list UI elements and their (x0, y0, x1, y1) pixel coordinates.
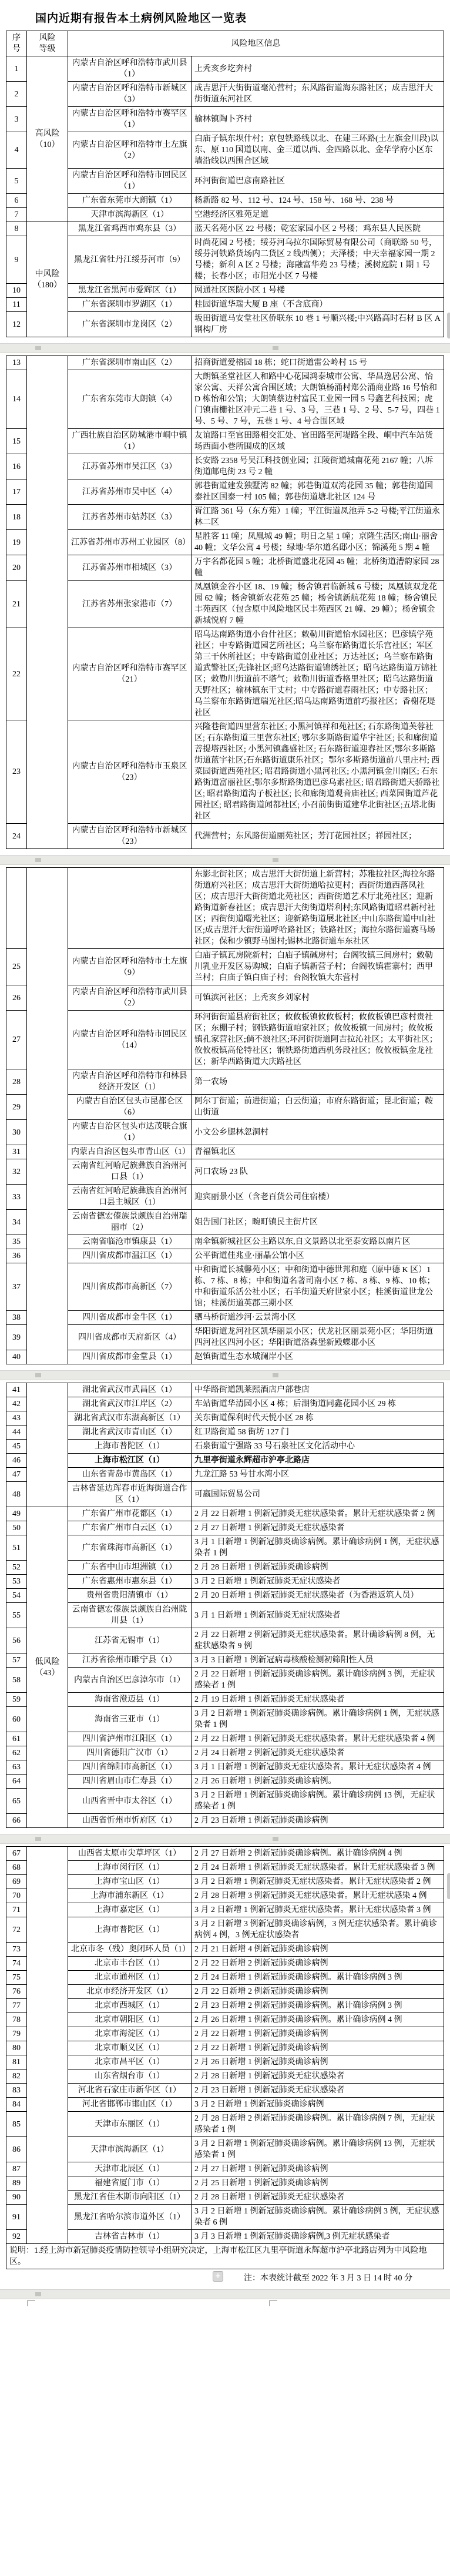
row-number: 60 (6, 1707, 27, 1732)
region-name: 上海市普陀区（1） (68, 1917, 192, 1943)
table-row: 24内蒙古自治区呼和浩特市新城区（23）代洲营村；东风路街道丽苑社区；芳汀花园社… (6, 824, 444, 849)
table-row: 58内蒙古自治区巴彦淖尔市（1）2 月 22 日新增 1 例新冠肺炎确诊病例。累… (6, 1668, 444, 1693)
risk-area-detail: 2 月 27 日新增 2 例新冠肺炎确诊病例。累计确诊病例 4 例 (192, 1847, 444, 1861)
region-name: 贵州省贵阳清镇市（1） (68, 1589, 192, 1603)
table-row: 25内蒙古自治区呼和浩特市土左旗（9）白庙子镇瓦房院新村；白庙子镇碱房村；台阁牧… (6, 949, 444, 985)
region-name: 云南省临沧市镇康县（1） (68, 1235, 192, 1249)
table-row: 41湖北省武汉市武昌区（1）中华路街道凯莱熙酒店户部巷店 (6, 1383, 444, 1397)
row-number: 83 (6, 2084, 27, 2098)
region-name: 内蒙古自治区呼和浩特市土左旗（9） (68, 949, 192, 985)
region-name: 内蒙古自治区呼和浩特市玉泉区（23） (68, 720, 192, 824)
row-number: 43 (6, 1411, 27, 1425)
risk-area-detail: 九龙江路 53 号甘水湾小区 (192, 1468, 444, 1482)
table-row: 32云南省红河哈尼族彝族自治州河口县（1）河口农场 23 队 (6, 1159, 444, 1185)
row-number: 26 (6, 985, 27, 1011)
risk-area-detail: 胥江路 361 号（东方苑）1 幢；平江街道凤池弄 5-2 号楼;平江街道永林二… (192, 505, 444, 530)
table-row: 92吉林省吉林市（1）3 月 3 日新增 1 例新冠肺炎确诊病例,3 例无症状感… (6, 2230, 444, 2244)
row-number: 79 (6, 2027, 27, 2041)
risk-area-detail: 代洲营村；东风路街道丽苑社区；芳汀花园社区；祥园社区； (192, 824, 444, 849)
region-name: 黑龙江省鸡西市鸡东县（3） (68, 222, 192, 236)
table-row: 29内蒙古自治区包头市昆都仑区（6）阿尔丁街道；前进街道；白云街道；市府东路街道… (6, 1095, 444, 1120)
row-number: 64 (6, 1775, 27, 1789)
risk-area-detail: 2 月 23 日新增 1 例新冠肺炎确诊病例 (192, 1814, 444, 1828)
row-number: 51 (6, 1535, 27, 1561)
page-corner-mark (35, 1837, 41, 1841)
table-row: 14广东省东莞市大朗镇（4）大朗镇圣堂社区人和路中心花园鸿泰城市公寓、华昌逸居公… (6, 370, 444, 429)
row-number: 52 (6, 1561, 27, 1575)
page-break-gap[interactable] (0, 2289, 450, 2299)
row-number: 58 (6, 1668, 27, 1693)
row-number: 37 (6, 1263, 27, 1311)
region-name: 江苏省苏州市苏州工业园区（8） (68, 530, 192, 555)
table-row: 62四川省德阳广汉市（1）2 月 24 日新增 2 例新冠肺炎无症状感染者 (6, 1746, 444, 1760)
table-row: 26内蒙古自治区呼和浩特市武川县（2）可镇滨河社区；上秃亥乡刘家村 (6, 985, 444, 1011)
table-row: 66山西省忻州市忻府区（1）2 月 23 日新增 1 例新冠肺炎确诊病例 (6, 1814, 444, 1828)
table-row: 82山东省烟台市（1）2 月 28 日新增 1 例新冠肺炎无症状感染者 (6, 2069, 444, 2084)
region-name: 广东省惠州市惠东县（1） (68, 1575, 192, 1589)
risk-level-cell (27, 356, 68, 849)
region-name: 内蒙古自治区呼和浩特市新城区（23） (68, 824, 192, 849)
table-row: 20江苏省苏州市相城区（3）万宇名都花园 5 幢；北桥街道盛北花园 45 幢；北… (6, 555, 444, 581)
risk-level-cell (27, 1383, 68, 1507)
region-name: 天津市滨海新区（1） (68, 208, 192, 222)
page-corner-mark (35, 2292, 41, 2296)
region-name: 北京市经济开发区（1） (68, 1985, 192, 1999)
page-corner-mark (35, 346, 41, 350)
row-number: 45 (6, 1440, 27, 1454)
table-row: 35云南省临沧市镇康县（1）南伞镇新城社区公主路以东,自文景路以北至泰安路以南片… (6, 1235, 444, 1249)
page-break-gap[interactable] (0, 1370, 450, 1380)
table-row: 60海南省三亚市（1）3 月 2 日新增 1 例新冠肺炎确诊病例。累计确诊病例 … (6, 1707, 444, 1732)
region-name: 四川省成都市高新区（7） (68, 1263, 192, 1311)
risk-area-detail: 3 月 2 日新增 1 例新冠肺炎确诊病例。累计确诊病例 13 例，无症状感染者… (192, 1789, 444, 1814)
row-number: 87 (6, 2162, 27, 2176)
region-name: 天津市东丽区（1） (68, 2112, 192, 2137)
row-number: 69 (6, 1875, 27, 1889)
risk-area-detail: 3 月 2 日新增 1 例新冠肺炎无症状感染者。累计无症状感染者 2 例 (192, 1875, 444, 1889)
risk-area-detail: 环河街街道县府街社区；攸攸板镇攸攸板村；攸攸板镇巴彦村贵社区；东棚子村；钢铁路街… (192, 1011, 444, 1069)
table-row: 13广东省深圳市南山区（2）招商街道爱榕园 18 栋；蛇口街道雷公岭村 15 号 (6, 356, 444, 370)
risk-area-detail: 凤凰镇金谷小区 18、19 幢；杨舍镇君临新城 6 号楼；凤凰镇双龙花园 62 … (192, 581, 444, 628)
row-number: 85 (6, 2112, 27, 2137)
row-number: 10 (6, 284, 27, 298)
risk-area-detail: 2 月 28 日新增 1 例新冠肺炎确诊病例 (192, 1561, 444, 1575)
table-row: 84河北省邯郸市邯山区（1）3 月 2 日新增 1 例新冠肺炎确诊病例 (6, 2098, 444, 2112)
page-title: 国内近期有报告本土病例风险地区一览表 (35, 9, 450, 25)
row-number: 90 (6, 2191, 27, 2205)
risk-area-detail: 可嬴国际贸易公司 (192, 1482, 444, 1507)
risk-area-detail: 环河街街道巴彦南路社区 (192, 169, 444, 194)
risk-area-detail: 上秃亥乡圪奔村 (192, 56, 444, 82)
note-row: 说明：1.经上海市新冠肺炎疫情防控领导小组研究决定，上海市松江区九里亭街道永辉超… (6, 2244, 444, 2269)
stats-cutoff-text: 注：本表统计截至 2022 年 3 月 3 日 14 时 40 分 (244, 2274, 412, 2283)
row-number: 28 (6, 1069, 27, 1095)
table-row: 55云南省德宏傣族景颇族自治州陇川县（1）3 月 1 日新增 1 例新冠肺炎无症… (6, 1603, 444, 1628)
region-name: 北京市昌平区（1） (68, 2055, 192, 2069)
table-row: 27内蒙古自治区呼和浩特市回民区（14）环河街街道县府街社区；攸攸板镇攸攸板村；… (6, 1011, 444, 1069)
row-number: 65 (6, 1789, 27, 1814)
region-name: 江苏省苏州市姑苏区（3） (68, 505, 192, 530)
table-row: 40四川省成都市金堂县（1）赵镇街道生态水城澜岸小区 (6, 1350, 444, 1364)
region-name: 上海市浦东新区（1） (68, 1889, 192, 1903)
risk-area-detail: 石泉街道宁强路 33 号石泉社区文化活动中心 (192, 1440, 444, 1454)
table-row: 74北京市丰台区（1）2 月 22 日新增 2 例新冠肺炎确诊病例 (6, 1957, 444, 1971)
risk-area-detail: 2 月 21 日新增 4 例新冠肺炎确诊病例 (192, 1943, 444, 1957)
risk-area-detail: 时尚花园 2 号楼；绥芬河乌拉尔国际贸易有限公司（商联路 50 号，绥芬河铁路货… (192, 236, 444, 284)
risk-area-detail: 2 月 26 日新增 1 例新冠肺炎确诊病例 (192, 2055, 444, 2069)
table-row: 70上海市浦东新区（1）2 月 28 日新增 3 例新冠肺炎无症状感染者。累计无… (6, 1889, 444, 1903)
row-number: 18 (6, 505, 27, 530)
risk-area-detail: 蓝天名苑小区 22 号楼；乾宏家园小区 2 号楼；鸡东县人民医院 (192, 222, 444, 236)
row-number: 71 (6, 1903, 27, 1917)
scrollbar-thumb[interactable] (447, 313, 450, 338)
risk-table-page-2: 13广东省深圳市南山区（2）招商街道爱榕园 18 栋；蛇口街道雷公岭村 15 号… (6, 355, 450, 849)
row-number: 36 (6, 1249, 27, 1263)
row-number: 32 (6, 1159, 27, 1185)
region-name: 山西省忻州市忻府区（1） (68, 1814, 192, 1828)
table-row: 65山西省晋中市太谷区（1）3 月 2 日新增 1 例新冠肺炎确诊病例。累计确诊… (6, 1789, 444, 1814)
risk-area-detail: 3 月 1 日新增 1 例新冠肺炎确诊病例。累计确诊病例 1 例，无症状感染者 … (192, 1535, 444, 1561)
region-name: 内蒙古自治区呼和浩特市土左旗（2） (68, 132, 192, 169)
row-number: 35 (6, 1235, 27, 1249)
table-row: 42湖北省武汉市江岸区（2）车站街道华清园小区 4 栋；后湖街道同鑫花园小区 2… (6, 1397, 444, 1411)
table-row: 46上海市松江区（1）九里亭街道永辉超市沪亭北路店 (6, 1454, 444, 1468)
table-row: 44湖北省武汉市青山区（1）红卫路街道 58 街坊 127 门 (6, 1425, 444, 1440)
region-name: 四川省德阳广汉市（1） (68, 1746, 192, 1760)
risk-table-page-3: 东影北街社区；成吉思汗大街街道上新营村；苏雅拉社区;海拉尔路街道府兴社区；成吉思… (6, 867, 450, 1364)
table-row: 64四川省眉山市仁寿县（1）2 月 26 日新增 1 例新冠肺炎确诊病例。 (6, 1775, 444, 1789)
region-name: 内蒙古自治区呼和浩特市和林县经济开发区（1） (68, 1069, 192, 1095)
row-number: 57 (6, 1653, 27, 1668)
region-name: 天津市滨海新区（1） (68, 2137, 192, 2162)
risk-table-segment: 67山西省太原市尖草坪区（1）2 月 27 日新增 2 例新冠肺炎确诊病例。累计… (6, 1846, 444, 2269)
region-name: 四川省成都市金牛区（1） (68, 1311, 192, 1325)
risk-area-detail: 郭巷街道建发独墅湾 82 幢；郭巷街道双湾花园 35 幢；郭巷街道国泰社区国泰一… (192, 479, 444, 505)
row-number: 80 (6, 2041, 27, 2055)
row-number: 27 (6, 1011, 27, 1069)
table-row: 53广东省惠州市惠东县（1）3 月 2 日新增 1 例新冠肺炎无症状感染者 (6, 1575, 444, 1589)
row-number: 67 (6, 1847, 27, 1861)
risk-area-detail: 2 月 24 日新增 2 例新冠肺炎无症状感染者 (192, 1746, 444, 1760)
table-row: 33云南省红河哈尼族彝族自治州河口县主城区（1）迎宾丽景小区（含老百货公司住宿楼… (6, 1185, 444, 1210)
row-number: 3 (6, 107, 27, 132)
region-name: 黑龙江省牡丹江绥芬河市（9） (68, 236, 192, 284)
page-break-gap[interactable] (0, 1834, 450, 1844)
risk-area-detail: 2 月 28 日新增 1 例新冠肺炎无症状感染者 (192, 2069, 444, 2084)
row-number: 68 (6, 1861, 27, 1875)
header-row: 序 号风险 等级风险地区信息 (6, 31, 444, 56)
risk-area-detail: 中华路街道凯莱熙酒店户部巷店 (192, 1383, 444, 1397)
table-row: 28内蒙古自治区呼和浩特市和林县经济开发区（1）第一农场 (6, 1069, 444, 1095)
row-number: 23 (6, 720, 27, 824)
risk-area-detail: 万宇名都花园 5 幢；北桥街道盛北花园 45 幢；北桥街道漕韵家园 28 幢 (192, 555, 444, 581)
row-number: 47 (6, 1468, 27, 1482)
row-number: 74 (6, 1957, 27, 1971)
table-row: 77北京市西城区（1）2 月 23 日新增 2 例新冠肺炎确诊病例。累计确诊病例… (6, 1999, 444, 2013)
table-row: 15广西壮族自治区防城港市峒中镇（1）友谊路口至官田路相交汇处、官田路至河堤路全… (6, 429, 444, 454)
row-number: 7 (6, 208, 27, 222)
region-name: 广东省广州市白云区（1） (68, 1521, 192, 1535)
document-page-5: 67山西省太原市尖草坪区（1）2 月 27 日新增 2 例新冠肺炎确诊病例。累计… (0, 1844, 450, 2289)
row-number: 75 (6, 1971, 27, 1985)
row-number: 89 (6, 2176, 27, 2191)
region-name: 内蒙古自治区包头市达茂联合旗（1） (68, 1120, 192, 1145)
risk-area-detail: 2 月 22 日新增 1 例新冠肺炎确诊病例 (192, 2027, 444, 2041)
risk-table-segment: 东影北街社区；成吉思汗大街街道上新营村；苏雅拉社区;海拉尔路街道府兴社区；成吉思… (6, 867, 444, 1364)
row-number: 31 (6, 1145, 27, 1159)
table-row: 87天津市北辰区（1）2 月 27 日新增 1 例新冠肺炎确诊病例 (6, 2162, 444, 2176)
table-row: 73北京市冬（残）奥闭环人员（1）2 月 21 日新增 4 例新冠肺炎确诊病例 (6, 1943, 444, 1957)
table-row: 54贵州省贵阳清镇市（1）2 月 20 日新增 1 例新冠肺炎无症状感染者（为香… (6, 1589, 444, 1603)
table-row: 59海南省澄迈县（1）2 月 19 日新增 1 例新冠肺炎无症状感染者 (6, 1693, 444, 1707)
table-row: 38四川省成都市金牛区（1）驷马桥街道沙河·云景湾小区 (6, 1311, 444, 1325)
table-row: 21江苏省苏州张家港市（7）凤凰镇金谷小区 18、19 幢；杨舍镇君临新城 6 … (6, 581, 444, 628)
row-number: 15 (6, 429, 27, 454)
region-name: 云南省德宏傣族景颇族自治州陇川县（1） (68, 1603, 192, 1628)
row-number: 38 (6, 1311, 27, 1325)
region-name: 广东省深圳市南山区（2） (68, 356, 192, 370)
risk-area-detail: 3 月 2 日新增 3 例新冠肺炎确诊病例，3 例无症状感染者。累计确诊病例 4… (192, 1917, 444, 1943)
row-number: 39 (6, 1325, 27, 1350)
risk-area-detail: 2 月 28 日新增 2 例新冠肺炎确诊病例。累计确诊病例 7 例，无症状感染者… (192, 2112, 444, 2137)
row-number: 62 (6, 1746, 27, 1760)
region-name: 海南省澄迈县（1） (68, 1693, 192, 1707)
row-number: 12 (6, 312, 27, 337)
table-row: 85天津市东丽区（1）2 月 28 日新增 2 例新冠肺炎确诊病例。累计确诊病例… (6, 2112, 444, 2137)
table-row: 11广东省深圳市罗湖区（1）桂园街道华瑞大厦 B 座（不含底商） (6, 298, 444, 312)
risk-area-detail: 兴隆巷街道四里营东社区; 小黑河镇祥和苑社区; 石东路街道芙蓉社区; 石东路街道… (192, 720, 444, 824)
risk-area-detail: 2 月 24 日新增 1 例新冠肺炎确诊病例。累计确诊病例 3 例 (192, 1971, 444, 1985)
region-name: 山东省烟台市（1） (68, 2069, 192, 2084)
page-break-gap[interactable] (0, 343, 450, 353)
table-row: 63四川省绵阳市高新区（1）3 月 1 日新增 1 例新冠肺炎无症状感染者。累计… (6, 1760, 444, 1775)
region-name: 广东省东莞市大朗镇（1） (68, 194, 192, 208)
scrollbar-thumb[interactable] (447, 1873, 450, 1899)
row-number: 70 (6, 1889, 27, 1903)
risk-area-detail: 驷马桥街道沙河·云景湾小区 (192, 1311, 444, 1325)
row-number: 92 (6, 2230, 27, 2244)
table-row: 9黑龙江省牡丹江绥芬河市（9）时尚花园 2 号楼；绥芬河乌拉尔国际贸易有限公司（… (6, 236, 444, 284)
risk-area-detail: 3 月 2 日新增 1 例新冠肺炎确诊病例 (192, 2098, 444, 2112)
row-number: 86 (6, 2137, 27, 2162)
risk-area-detail: 白庙子镇东坝什村；京包铁路线以北、在建三环路(土左旗金川段)以东、原 110 国… (192, 132, 444, 169)
risk-area-detail: 星胜客 11 幢；凤凰城 49 幢；明日之星 1 幢；京隆生活区;南山·丽舍 4… (192, 530, 444, 555)
region-name: 北京市西城区（1） (68, 1999, 192, 2013)
region-name: 湖北省武汉市江岸区（2） (68, 1397, 192, 1411)
risk-area-detail: 2 月 22 日新增 1 例新冠肺炎确诊病例。累计确诊病例 3 例，无症状感染者… (192, 1668, 444, 1693)
risk-table-segment: 13广东省深圳市南山区（2）招商街道爱榕园 18 栋；蛇口街道雷公岭村 15 号… (6, 355, 444, 849)
table-row: 6广东省东莞市大朗镇（1）杨新路 82 号、112 号、124 号、158 号、… (6, 194, 444, 208)
table-row: 3内蒙古自治区呼和浩特市赛罕区（1）榆林镇陶卜齐村 (6, 107, 444, 132)
row-number: 76 (6, 1985, 27, 1999)
row-number: 5 (6, 169, 27, 194)
region-name: 广西壮族自治区防城港市峒中镇（1） (68, 429, 192, 454)
row-number: 42 (6, 1397, 27, 1411)
table-row: 30内蒙古自治区包头市达茂联合旗（1）小文公乡腮林忽洞村 (6, 1120, 444, 1145)
risk-area-detail: 3 月 2 日新增 1 例新冠肺炎无症状感染者 (192, 1575, 444, 1589)
region-name: 海南省三亚市（1） (68, 1707, 192, 1732)
risk-area-detail: 阿尔丁街道；前进街道；白云街道；市府东路街道；昆北街道；鞍山街道 (192, 1095, 444, 1120)
region-name: 湖北省武汉市青山区（1） (68, 1425, 192, 1440)
risk-area-detail: 2 月 20 日新增 1 例新冠肺炎无症状感染者（为香港返筑人员） (192, 1589, 444, 1603)
table-row: 37四川省成都市高新区（7）中和街道长城馨苑小区；中和街道中德世邦和庭（原中德 … (6, 1263, 444, 1311)
row-number: 8 (6, 222, 27, 236)
table-row: 47山东省青岛市黄岛区（1）九龙江路 53 号甘水湾小区 (6, 1468, 444, 1482)
risk-area-detail: 姐告国门社区；畹町镇民主街片区 (192, 1210, 444, 1235)
region-name: 江苏省苏州张家港市（7） (68, 581, 192, 628)
page-break-gap[interactable] (0, 855, 450, 865)
risk-area-detail: 华阳街道龙河社区凯华丽景小区；伏龙社区丽景苑小区；华阳街道四河社区四河小区；华阳… (192, 1325, 444, 1350)
row-number: 61 (6, 1732, 27, 1746)
region-name: 江苏省苏州市吴江区（3） (68, 454, 192, 479)
risk-area-detail: 关东街道保利时代天悦小区 28 栋 (192, 1411, 444, 1425)
row-number: 11 (6, 298, 27, 312)
region-name: 云南省红河哈尼族彝族自治州河口县主城区（1） (68, 1185, 192, 1210)
region-name: 内蒙古自治区呼和浩特市新城区（3） (68, 82, 192, 107)
row-number: 50 (6, 1521, 27, 1535)
risk-area-detail: 昭乌达南路街道小台什社区；敕勒川街道怡水园社区；巴彦镇学苑社区；中专路街道园艺所… (192, 628, 444, 720)
row-number: 14 (6, 370, 27, 429)
table-row: 51广东省珠海市高新区（1）3 月 1 日新增 1 例新冠肺炎确诊病例。累计确诊… (6, 1535, 444, 1561)
table-row: 12广东省深圳市龙岗区（2）坂田街道马安堂社区侨联东 10 巷 1 号顺兴楼;中… (6, 312, 444, 337)
region-name: 河北省邯郸市邯山区（1） (68, 2098, 192, 2112)
risk-area-detail: 2 月 22 日新增 2 例新冠肺炎无症状感染者。累计确诊病例 8 例，无症状感… (192, 1628, 444, 1653)
row-number: 30 (6, 1120, 27, 1145)
table-row: 8中风险 （180）黑龙江省鸡西市鸡东县（3）蓝天名苑小区 22 号楼；乾宏家园… (6, 222, 444, 236)
region-name: 四川省成都市温江区（1） (68, 1249, 192, 1263)
region-name: 广东省深圳市龙岗区（2） (68, 312, 192, 337)
document-page-4: 41湖北省武汉市武昌区（1）中华路街道凯莱熙酒店户部巷店42湖北省武汉市江岸区（… (0, 1380, 450, 1834)
next-page-top-edge (0, 2299, 450, 2328)
row-number: 81 (6, 2055, 27, 2069)
header-risk-area-info: 风险地区信息 (68, 31, 444, 56)
risk-area-detail: 招商街道爱榕园 18 栋；蛇口街道雷公岭村 15 号 (192, 356, 444, 370)
margin-corner-mark (269, 2300, 277, 2306)
risk-table-page-1: 序 号风险 等级风险地区信息1高风险 （10）内蒙古自治区呼和浩特市武川县（1）… (6, 31, 450, 337)
region-name: 黑龙江省佳木斯市向阳区（1） (68, 2191, 192, 2205)
risk-area-detail: 3 月 3 日新增 1 例新冠肺炎确诊病例,3 例无症状感染者 (192, 2230, 444, 2244)
region-name: 广东省中山市坦洲镇（1） (68, 1561, 192, 1575)
mouse-cursor-icon: + (213, 2271, 223, 2282)
risk-area-detail: 2 月 19 日新增 1 例新冠肺炎无症状感染者 (192, 1693, 444, 1707)
table-row: 10黑龙江省黑河市爱辉区（1）网通社区医院小区 1 号楼 (6, 284, 444, 298)
table-row: 34云南省德宏傣族景颇族自治州瑞丽市（2）姐告国门社区；畹町镇民主街片区 (6, 1210, 444, 1235)
region-name: 山西省晋中市太谷区（1） (68, 1789, 192, 1814)
region-name: 内蒙古自治区包头市昆都仑区（6） (68, 1095, 192, 1120)
table-row: 7天津市滨海新区（1）空港经济区雅苑足道 (6, 208, 444, 222)
region-name: 广东省珠海市高新区（1） (68, 1535, 192, 1561)
row-number (6, 868, 27, 949)
region-name: 广东省东莞市大朗镇（4） (68, 370, 192, 429)
region-name: 福建省厦门市（1） (68, 2176, 192, 2191)
document-page-1: 国内近期有报告本土病例风险地区一览表 序 号风险 等级风险地区信息1高风险 （1… (0, 0, 450, 343)
table-row: 45上海市普陀区（1）石泉街道宁强路 33 号石泉社区文化活动中心 (6, 1440, 444, 1454)
table-row: 17江苏省苏州市吴中区（4）郭巷街道建发独墅湾 82 幢；郭巷街道双湾花园 35… (6, 479, 444, 505)
risk-area-detail: 公平街道佳兆业·丽晶公馆小区 (192, 1249, 444, 1263)
table-row: 东影北街社区；成吉思汗大街街道上新营村；苏雅拉社区;海拉尔路街道府兴社区；成吉思… (6, 868, 444, 949)
region-name: 内蒙古自治区巴彦淖尔市（1） (68, 1668, 192, 1693)
region-name: 北京市朝阳区（1） (68, 2013, 192, 2027)
row-number: 66 (6, 1814, 27, 1828)
risk-area-detail: 东影北街社区；成吉思汗大街街道上新营村；苏雅拉社区;海拉尔路街道府兴社区；成吉思… (192, 868, 444, 949)
region-name: 内蒙古自治区呼和浩特市武川县（2） (68, 985, 192, 1011)
risk-area-detail: 红卫路街道 58 街坊 127 门 (192, 1425, 444, 1440)
table-row: 36四川省成都市温江区（1）公平街道佳兆业·丽晶公馆小区 (6, 1249, 444, 1263)
table-row: 68上海市闵行区（1）2 月 24 日新增 1 例新冠肺炎无症状感染者。累计无症… (6, 1861, 444, 1875)
region-name: 黑龙江省黑河市爱辉区（1） (68, 284, 192, 298)
row-number: 24 (6, 824, 27, 849)
row-number: 78 (6, 2013, 27, 2027)
risk-area-detail: 桂园街道华瑞大厦 B 座（不含底商） (192, 298, 444, 312)
risk-level-cell (27, 1847, 68, 2244)
table-row: 75北京市通州区（1）2 月 24 日新增 1 例新冠肺炎确诊病例。累计确诊病例… (6, 1971, 444, 1985)
region-name: 广东省广州市花都区（1） (68, 1507, 192, 1521)
risk-area-detail: 青福镇北区 (192, 1145, 444, 1159)
table-row: 1高风险 （10）内蒙古自治区呼和浩特市武川县（1）上秃亥乡圪奔村 (6, 56, 444, 82)
row-number: 9 (6, 236, 27, 284)
row-number: 49 (6, 1507, 27, 1521)
risk-area-detail: 杨新路 82 号、112 号、124 号、158 号、168 号、238 号 (192, 194, 444, 208)
region-name: 江苏省苏州市吴中区（4） (68, 479, 192, 505)
region-name: 云南省德宏傣族景颇族自治州瑞丽市（2） (68, 1210, 192, 1235)
row-number: 84 (6, 2098, 27, 2112)
page-corner-mark (273, 1373, 278, 1377)
region-name: 吉林省吉林市（1） (68, 2230, 192, 2244)
table-row: 19江苏省苏州市苏州工业园区（8）星胜客 11 幢；凤凰城 49 幢；明日之星 … (6, 530, 444, 555)
risk-area-detail: 九里亭街道永辉超市沪亭北路店 (192, 1454, 444, 1468)
table-row: 71上海市嘉定区（1）3 月 2 日新增 1 例新冠肺炎无症状感染者。累计无症状… (6, 1903, 444, 1917)
region-name: 内蒙古自治区呼和浩特市回民区（14） (68, 1011, 192, 1069)
risk-area-detail: 2 月 22 日新增 1 例新冠肺炎确诊病例 (192, 2041, 444, 2055)
table-row: 43湖北省武汉市东湖高新区（1）关东街道保利时代天悦小区 28 栋 (6, 1411, 444, 1425)
region-name: 北京市海淀区（1） (68, 2027, 192, 2041)
risk-area-detail: 南伞镇新城社区公主路以东,自文景路以北至泰安路以南片区 (192, 1235, 444, 1249)
risk-area-detail: 成吉思汗大街街道毫沁营村；东风路街道海东路社区；成吉思汗大街街道东河社区 (192, 82, 444, 107)
risk-area-detail: 2 月 28 日新增 1 例新冠肺炎无症状感染者 (192, 2191, 444, 2205)
risk-area-detail: 3 月 2 日新增 1 例新冠肺炎无症状感染者。累计无症状感染者 3 例 (192, 1903, 444, 1917)
row-number: 6 (6, 194, 27, 208)
region-name: 上海市嘉定区（1） (68, 1903, 192, 1917)
row-number: 46 (6, 1454, 27, 1468)
row-number: 1 (6, 56, 27, 82)
risk-area-detail: 迎宾丽景小区（含老百货公司住宿楼） (192, 1185, 444, 1210)
table-row: 78北京市朝阳区（1）2 月 26 日新增 1 例新冠肺炎确诊病例。累计确诊病例… (6, 2013, 444, 2027)
risk-level-cell: 低风险 （43） (27, 1507, 68, 1828)
table-row: 67山西省太原市尖草坪区（1）2 月 27 日新增 2 例新冠肺炎确诊病例。累计… (6, 1847, 444, 1861)
region-name: 北京市丰台区（1） (68, 1957, 192, 1971)
region-name (68, 868, 192, 949)
risk-area-detail: 2 月 24 日新增 1 例新冠肺炎无症状感染者。累计无症状感染者 3 例 (192, 1861, 444, 1875)
row-number: 17 (6, 479, 27, 505)
row-number: 63 (6, 1760, 27, 1775)
row-number: 25 (6, 949, 27, 985)
page-corner-mark (35, 1373, 41, 1377)
risk-area-detail: 2 月 23 日新增 2 例新冠肺炎确诊病例。累计确诊病例 3 例 (192, 1999, 444, 2013)
region-name: 内蒙古自治区呼和浩特市回民区（1） (68, 169, 192, 194)
risk-area-detail: 2 月 26 日新增 1 例新冠肺炎确诊病例。 (192, 1775, 444, 1789)
risk-area-detail: 2 月 25 日新增 1 例新冠肺炎确诊病例 (192, 2176, 444, 2191)
region-name: 湖北省武汉市东湖高新区（1） (68, 1411, 192, 1425)
row-number: 21 (6, 581, 27, 628)
row-number: 13 (6, 356, 27, 370)
row-number: 4 (6, 132, 27, 169)
table-row: 22内蒙古自治区呼和浩特市赛罕区（21）昭乌达南路街道小台什社区；敕勒川街道怡水… (6, 628, 444, 720)
table-row: 16江苏省苏州市吴江区（3）长安路 2358 号吴江科技创业园；江陵街道城南花苑… (6, 454, 444, 479)
risk-area-detail: 友谊路口至官田路相交汇处、官田路至河堤路全段、峒中汽车站货场西面小巷所围成的区域 (192, 429, 444, 454)
region-name: 湖北省武汉市武昌区（1） (68, 1383, 192, 1397)
row-number: 40 (6, 1350, 27, 1364)
risk-area-detail: 2 月 22 日新增 1 例新冠肺炎无症状感染者。累计无症状感染者 4 例 (192, 1732, 444, 1746)
